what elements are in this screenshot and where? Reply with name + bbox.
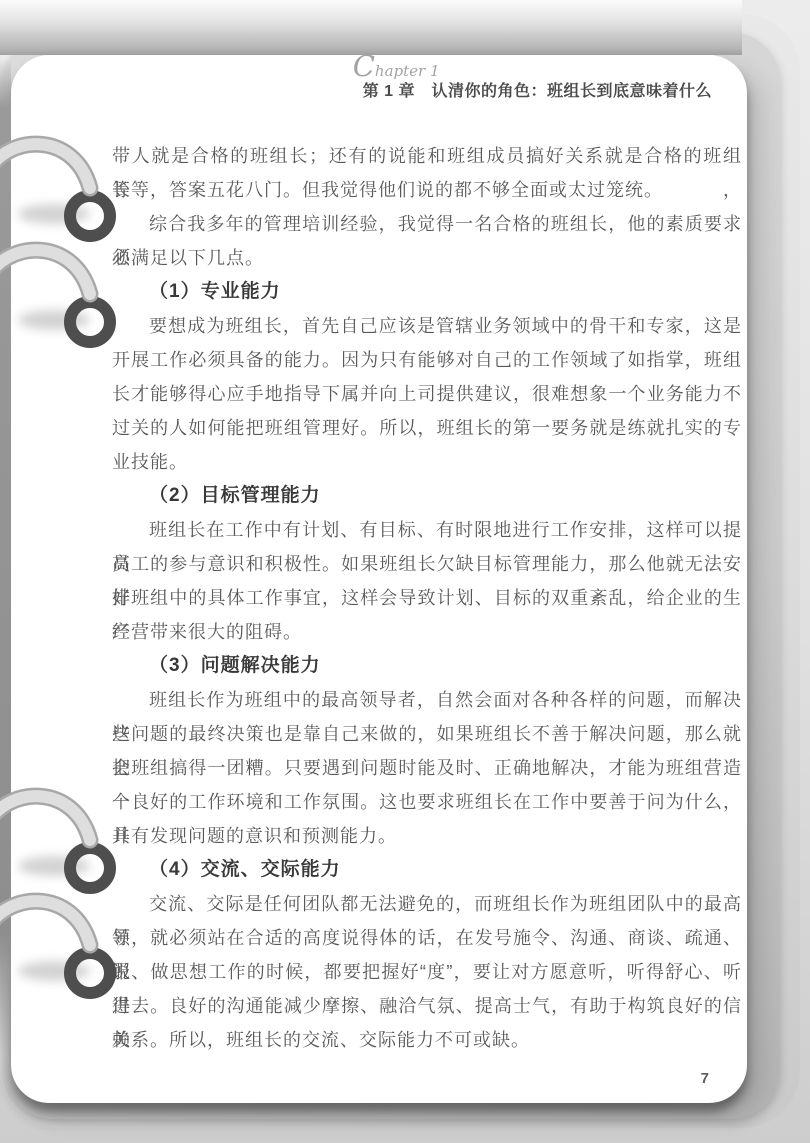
text-line: 须满足以下几点。 [112,241,742,275]
text-line: 班组长在工作中有计划、有目标、有时限地进行工作安排，这样可以提高 [112,513,742,547]
text-line: 进去。良好的沟通能减少摩擦、融洽气氛、提高士气，有助于构筑良好的信赖 [112,989,742,1023]
text-line: 个良好的工作环境和工作氛围。这也要求班组长在工作中要善于问为什么，并 [112,785,742,819]
binder-ring-icon [0,238,119,350]
text-line: 综合我多年的管理培训经验，我觉得一名合格的班组长，他的素质要求必 [112,207,742,241]
text-line: 些问题的最终决策也是靠自己来做的，如果班组长不善于解决问题，那么就会 [112,717,742,751]
body-text: 带人就是合格的班组长；还有的说能和班组成员搞好关系就是合格的班组长，等等，答案五… [112,139,742,1057]
text-line: 员工的参与意识和积极性。如果班组长欠缺目标管理能力，那么他就无法安排 [112,547,742,581]
text-line: 长才能够得心应手地指导下属并向上司提供建议，很难想象一个业务能力不 [112,377,742,411]
text-line: 服、做思想工作的时候，都要把握好“度”，要让对方愿意听，听得舒心、听得 [112,955,742,989]
heading-text: （1）专业能力 [112,275,742,309]
top-page-edge-shadow [0,0,742,55]
text-line: 业技能。 [112,445,742,479]
book-page: Chapter 1 第 1 章 认清你的角色：班组长到底意味着什么 带人就是合格… [11,55,747,1103]
text-line: 交流、交际是任何团队都无法避免的，而班组长作为班组团队中的最高领 [112,887,742,921]
text-line: 开展工作必须具备的能力。因为只有能够对自己的工作领域了如指掌，班组 [112,343,742,377]
paragraph: 班组长在工作中有计划、有目标、有时限地进行工作安排，这样可以提高员工的参与意识和… [112,513,742,649]
binder-ring-icon [0,889,119,1001]
text-line: 具有发现问题的意识和预测能力。 [112,819,742,853]
text-line: 带人就是合格的班组长；还有的说能和班组成员搞好关系就是合格的班组长， [112,139,742,173]
paragraph: 带人就是合格的班组长；还有的说能和班组成员搞好关系就是合格的班组长，等等，答案五… [112,139,742,207]
text-line: 好班组中的具体工作事宜，这样会导致计划、目标的双重紊乱，给企业的生产 [112,581,742,615]
chapter-header: Chapter 1 第 1 章 认清你的角色：班组长到底意味着什么 [363,56,712,103]
paragraph: 综合我多年的管理培训经验，我觉得一名合格的班组长，他的素质要求必须满足以下几点。 [112,207,742,275]
heading-text: （4）交流、交际能力 [112,853,742,887]
section-heading: （3）问题解决能力 [112,649,742,683]
section-heading: （4）交流、交际能力 [112,853,742,887]
text-line: 把班组搞得一团糟。只要遇到问题时能及时、正确地解决，才能为班组营造一 [112,751,742,785]
text-line: 等等，答案五花八门。但我觉得他们说的都不够全面或太过笼统。 [112,173,742,207]
heading-text: （3）问题解决能力 [112,649,742,683]
section-heading: （2）目标管理能力 [112,479,742,513]
binder-ring-icon [0,132,119,244]
page-number: 7 [701,1070,709,1087]
text-line: 经营带来很大的阻碍。 [112,615,742,649]
heading-text: （2）目标管理能力 [112,479,742,513]
book-page-scan: Chapter 1 第 1 章 认清你的角色：班组长到底意味着什么 带人就是合格… [0,0,810,1143]
text-line: 班组长作为班组中的最高领导者，自然会面对各种各样的问题，而解决这 [112,683,742,717]
paragraph: 交流、交际是任何团队都无法避免的，而班组长作为班组团队中的最高领导，就必须站在合… [112,887,742,1057]
text-line: 导，就必须站在合适的高度说得体的话，在发号施令、沟通、商谈、疏通、说 [112,921,742,955]
text-line: 关系。所以，班组长的交流、交际能力不可或缺。 [112,1023,742,1057]
chapter-script-label: Chapter 1 [353,56,712,81]
section-heading: （1）专业能力 [112,275,742,309]
text-line: 要想成为班组长，首先自己应该是管辖业务领域中的骨干和专家，这是 [112,309,742,343]
binder-ring-icon [0,784,119,896]
paragraph: 要想成为班组长，首先自己应该是管辖业务领域中的骨干和专家，这是开展工作必须具备的… [112,309,742,479]
text-line: 过关的人如何能把班组管理好。所以，班组长的第一要务就是练就扎实的专 [112,411,742,445]
paragraph: 班组长作为班组中的最高领导者，自然会面对各种各样的问题，而解决这些问题的最终决策… [112,683,742,853]
chapter-title: 第 1 章 认清你的角色：班组长到底意味着什么 [363,81,712,103]
